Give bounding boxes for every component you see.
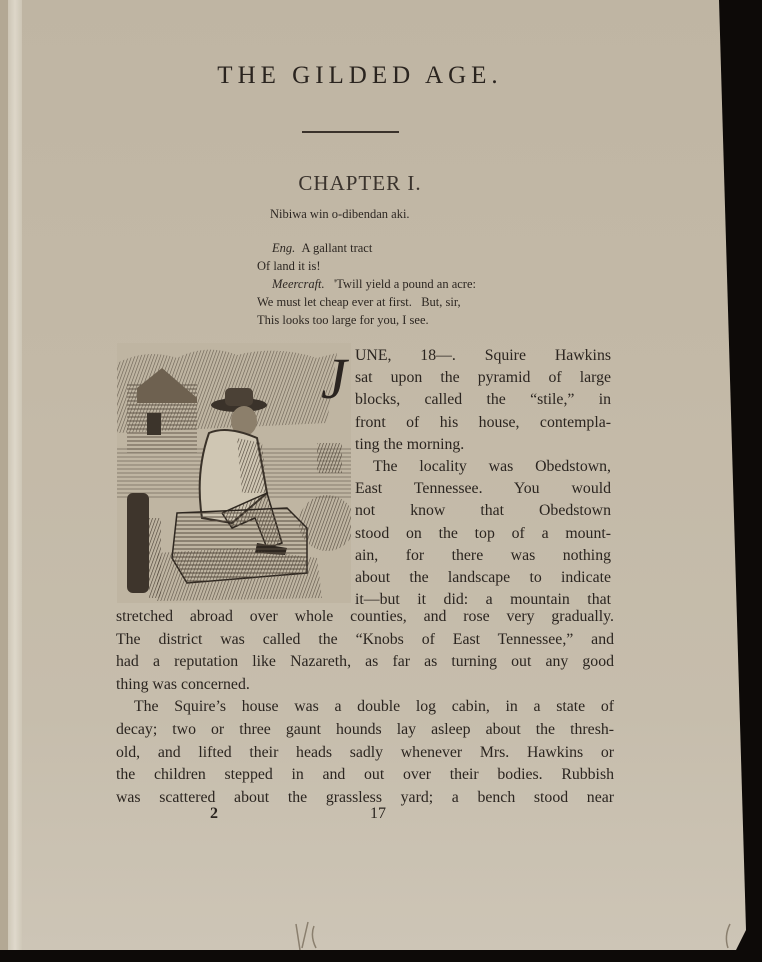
epigraph-speaker: Meercraft. — [272, 277, 325, 291]
text-line: The Squire’s house was a double log cabi… — [116, 696, 614, 719]
man-on-stile-engraving-icon — [117, 343, 351, 603]
text-line: ain, for there was nothing — [355, 545, 611, 567]
page-corner-crease-icon — [720, 920, 750, 950]
text-line: UNE, 18—. Squire Hawkins — [355, 345, 611, 367]
chapter-heading: CHAPTER I. — [0, 171, 720, 196]
drop-cap: J — [321, 350, 347, 412]
text-line: not know that Obedstown — [355, 500, 611, 522]
text-line: decay; two or three gaunt hounds lay asl… — [116, 719, 614, 742]
text-line: the children stepped in and out over the… — [116, 764, 614, 787]
running-title: THE GILDED AGE. — [0, 62, 720, 90]
body-text-narrow: UNE, 18—. Squire Hawkins sat upon the py… — [355, 345, 611, 611]
epigraph-title: Nibiwa win o-dibendan aki. — [270, 207, 410, 222]
text-line: The locality was Obedstown, — [355, 456, 611, 478]
text-line: blocks, called the “stile,” in — [355, 389, 611, 411]
epigraph-line: Eng. A gallant tract — [257, 239, 476, 257]
engraving-illustration — [117, 343, 351, 603]
epigraph-line: Meercraft. 'Twill yield a pound an acre: — [257, 275, 476, 293]
text-line: front of his house, contempla- — [355, 412, 611, 434]
page-gutter-shadow — [0, 0, 8, 950]
text-line: about the landscape to indicate — [355, 567, 611, 589]
book-page: THE GILDED AGE. CHAPTER I. Nibiwa win o-… — [0, 0, 762, 950]
signature-mark: 2 — [210, 805, 218, 823]
text-line: thing was concerned. — [116, 674, 614, 697]
body-text-full: stretched abroad over whole counties, an… — [116, 606, 614, 809]
text-line: had a reputation like Nazareth, as far a… — [116, 651, 614, 674]
text-line: The district was called the “Knobs of Ea… — [116, 629, 614, 652]
page-tear-mark-icon — [290, 920, 330, 952]
epigraph-speaker: Eng. — [272, 241, 295, 255]
page-gutter-strip — [8, 0, 22, 950]
text-line: stretched abroad over whole counties, an… — [116, 606, 614, 629]
text-line: sat upon the pyramid of large — [355, 367, 611, 389]
text-line: East Tennessee. You would — [355, 478, 611, 500]
text-line: ting the morning. — [355, 434, 611, 456]
epigraph-line: We must let cheap ever at first. But, si… — [257, 293, 476, 311]
epigraph: Eng. A gallant tract Of land it is! Meer… — [257, 239, 476, 329]
title-rule — [302, 131, 399, 133]
epigraph-line: This looks too large for you, I see. — [257, 311, 476, 329]
epigraph-line: Of land it is! — [257, 257, 476, 275]
page-number: 17 — [370, 805, 386, 823]
text-line: old, and lifted their heads sadly whenev… — [116, 742, 614, 765]
text-line: stood on the top of a mount- — [355, 523, 611, 545]
text-line: was scattered about the grassless yard; … — [116, 787, 614, 810]
